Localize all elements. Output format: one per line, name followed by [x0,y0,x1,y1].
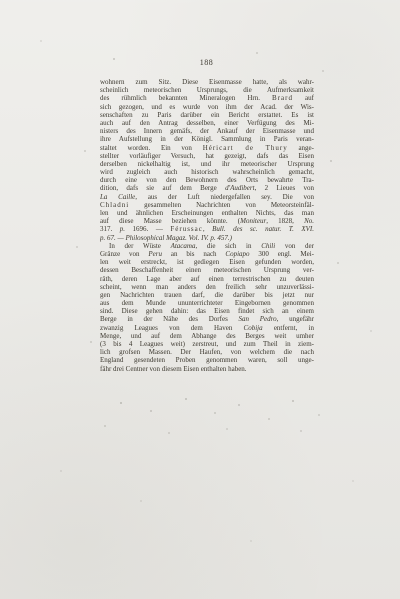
text-line: dition, dafs sie auf dem Berge d'Audiber… [100,184,314,192]
text-line: dessen Beschaffenheit einen meteorischen… [100,266,314,274]
text-line: senschaften zu Paris darüber ein Bericht… [100,111,314,119]
text-line: wohnern zum Sitz. Diese Eisenmasse hatte… [100,78,314,86]
paragraph: In der Wüste Atacama, die sich in Chili … [100,242,314,373]
text-line: stellter vorläufiger Versuch, hat gezeig… [100,152,314,160]
text-line: scheinlich meteorischen Ursprungs, die A… [100,86,314,94]
scan-speckles [0,0,2,2]
text-line: England gesendeten Proben genommen waren… [100,356,314,364]
text-line: len und ähnlichen Erscheinungen enthalte… [100,209,314,217]
text-line: In der Wüste Atacama, die sich in Chili … [100,242,314,250]
text-line: (3 bis 4 Leagues weit) zerstreut, und zu… [100,340,314,348]
text-line: aus dem Munde ununterrichteter Eingeborn… [100,299,314,307]
text-line: 317. p. 1696. — Férussac, Bull. des sc. … [100,225,314,233]
text-line: sich gezogen, und es wurde von ihm der A… [100,103,314,111]
text-line: staltet worden. Ein von Héricart de Thur… [100,144,314,152]
book-page: { "colors": { "paper": "#eae9e5", "ink":… [0,0,400,599]
text-line: Gränze von Peru an bis nach Copiapo 300 … [100,250,314,258]
text-line: gen Nachrichten trauen darf, die darüber… [100,291,314,299]
text-line: p. 67. — Philosophical Magaz. Vol. IV. p… [100,234,314,242]
text-line: len weit erstreckt, ist gediegen Eisen g… [100,258,314,266]
text-line: Chladni gesammelten Nachrichten von Mete… [100,201,314,209]
text-line: Berge in der Nähe des Dorfes San Pedro, … [100,315,314,323]
text-line: Menge, und auf dem Abhange des Berges we… [100,332,314,340]
text-line: auf diese Masse beziehen könnte. (Monite… [100,217,314,225]
paragraph: wohnern zum Sitz. Diese Eisenmasse hatte… [100,78,314,242]
text-line: auch auf den Antrag desselben, einer Ver… [100,119,314,127]
text-line: durch eine von den Bewohnern des Orts be… [100,176,314,184]
text-line: räth, deren Lage aber auf einen terrestr… [100,275,314,283]
text-line: wird zugleich auch historisch wahrschein… [100,168,314,176]
text-line: ihre Aufstellung in der Königl. Sammlung… [100,135,314,143]
page-number: 188 [100,58,313,67]
text-line: nisters des Innern gemäfs, der Ankauf de… [100,127,314,135]
text-line: fähr drei Centner von diesem Eisen entha… [100,365,314,373]
text-line: sind. Diese gehen dahin: das Eisen finde… [100,307,314,315]
text-line: des rühmlich bekannten Mineralogen Hrn. … [100,94,314,102]
text-line: La Caille, aus der Luft niedergefallen s… [100,193,314,201]
text-line: lich grofsen Massen. Der Haufen, von wel… [100,348,314,356]
text-block: wohnern zum Sitz. Diese Eisenmasse hatte… [100,78,314,373]
text-line: derselben nickelhaltig ist, und ihr mete… [100,160,314,168]
text-line: scheint, wenn man anders den freilich se… [100,283,314,291]
text-line: zwanzig Leagues von dem Haven Cobija ent… [100,324,314,332]
